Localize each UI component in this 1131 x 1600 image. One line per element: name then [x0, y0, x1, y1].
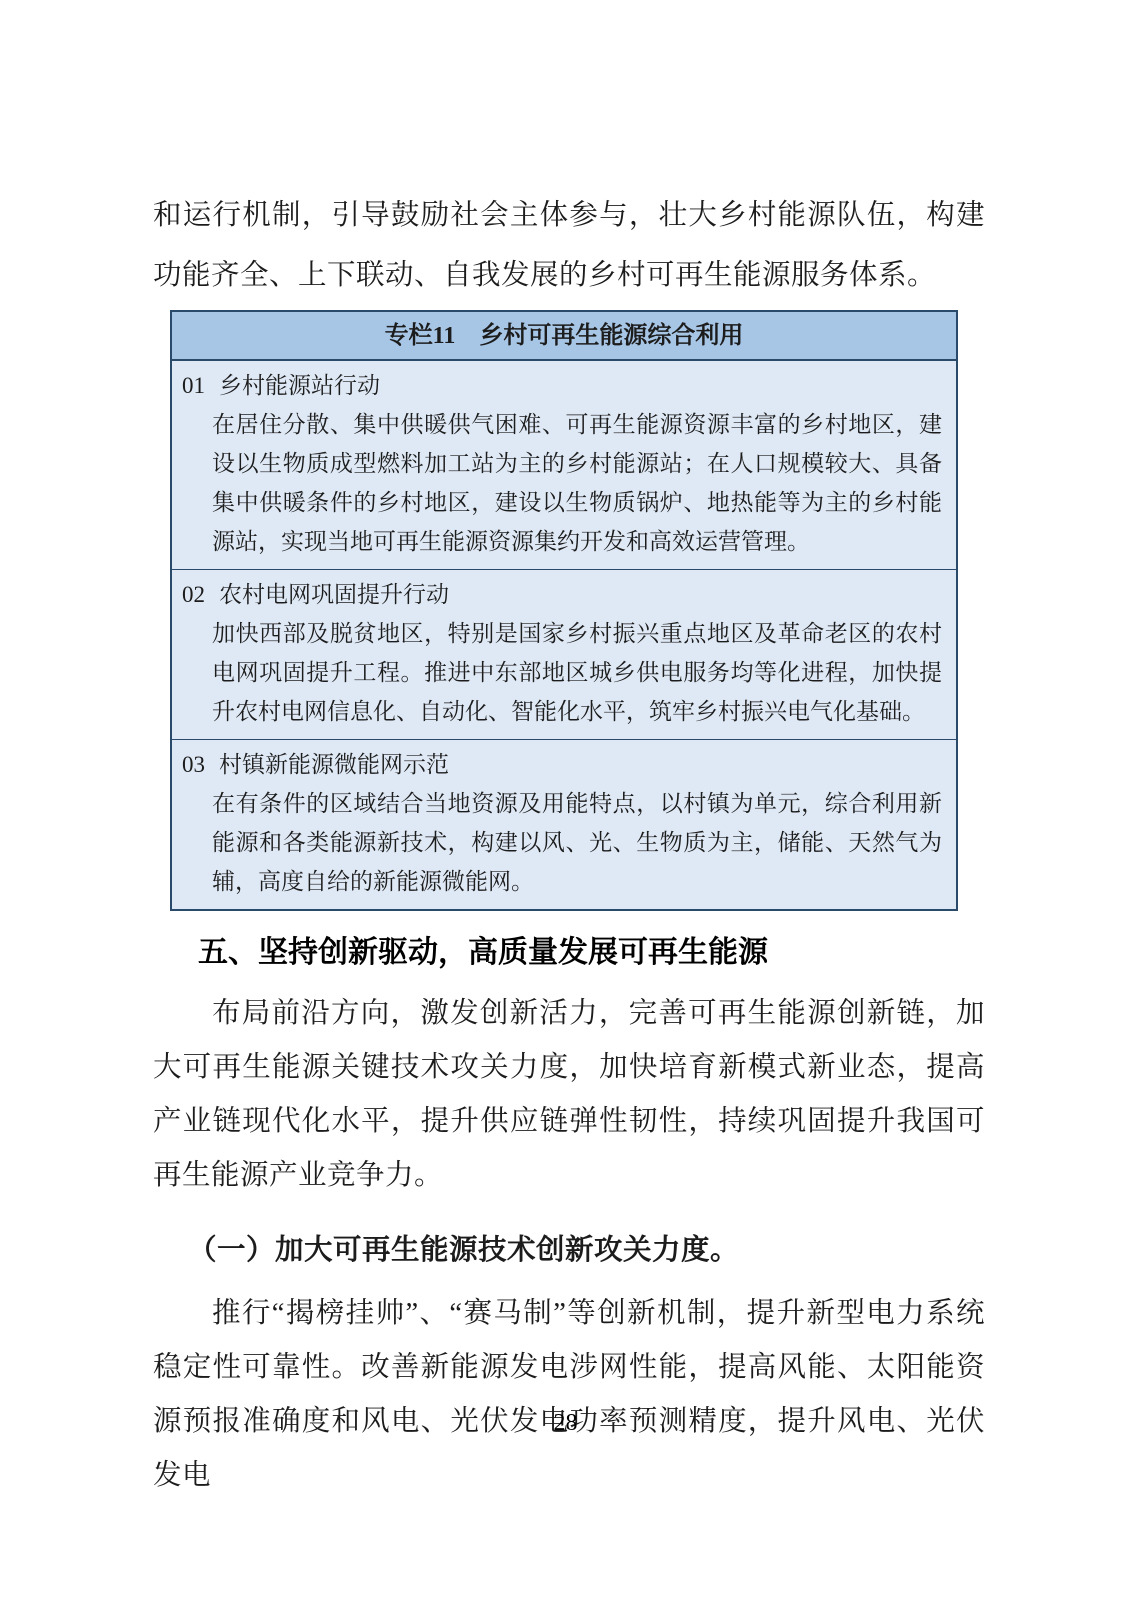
column-item-1-heading: 01乡村能源站行动	[182, 367, 942, 405]
column-item-1-body: 在居住分散、集中供暖供气困难、可再生能源资源丰富的乡村地区，建设以生物质成型燃料…	[212, 405, 942, 561]
column-item-3-number: 03	[182, 752, 205, 777]
column-item-1: 01乡村能源站行动 在居住分散、集中供暖供气困难、可再生能源资源丰富的乡村地区，…	[172, 361, 956, 570]
column-box-11: 专栏11 乡村可再生能源综合利用 01乡村能源站行动 在居住分散、集中供暖供气困…	[170, 310, 958, 911]
column-item-1-number: 01	[182, 373, 205, 398]
column-item-2-heading: 02农村电网巩固提升行动	[182, 576, 942, 614]
column-item-3-title: 村镇新能源微能网示范	[219, 752, 449, 777]
section-heading: 五、坚持创新驱动，高质量发展可再生能源	[153, 931, 985, 975]
column-item-2-number: 02	[182, 582, 205, 607]
column-item-1-title: 乡村能源站行动	[219, 373, 380, 398]
page-number: 28	[0, 1410, 1131, 1437]
column-item-2-body: 加快西部及脱贫地区，特别是国家乡村振兴重点地区及革命老区的农村电网巩固提升工程。…	[212, 614, 942, 731]
column-item-2: 02农村电网巩固提升行动 加快西部及脱贫地区，特别是国家乡村振兴重点地区及革命老…	[172, 570, 956, 740]
column-item-3-heading: 03村镇新能源微能网示范	[182, 746, 942, 784]
column-item-3: 03村镇新能源微能网示范 在有条件的区域结合当地资源及用能特点，以村镇为单元，综…	[172, 740, 956, 909]
innovation-paragraph: 布局前沿方向，激发创新活力，完善可再生能源创新链，加大可再生能源关键技术攻关力度…	[153, 987, 985, 1203]
document-page: 和运行机制，引导鼓励社会主体参与，壮大乡村能源队伍，构建功能齐全、上下联动、自我…	[0, 0, 1131, 1600]
sub-heading: （一）加大可再生能源技术创新攻关力度。	[153, 1229, 985, 1273]
column-box-title: 专栏11 乡村可再生能源综合利用	[172, 312, 956, 361]
mechanism-paragraph: 推行“揭榜挂帅”、“赛马制”等创新机制，提升新型电力系统稳定性可靠性。改善新能源…	[153, 1287, 985, 1503]
column-item-2-title: 农村电网巩固提升行动	[219, 582, 449, 607]
intro-paragraph: 和运行机制，引导鼓励社会主体参与，壮大乡村能源队伍，构建功能齐全、上下联动、自我…	[153, 186, 985, 306]
column-item-3-body: 在有条件的区域结合当地资源及用能特点，以村镇为单元，综合利用新能源和各类能源新技…	[212, 784, 942, 901]
